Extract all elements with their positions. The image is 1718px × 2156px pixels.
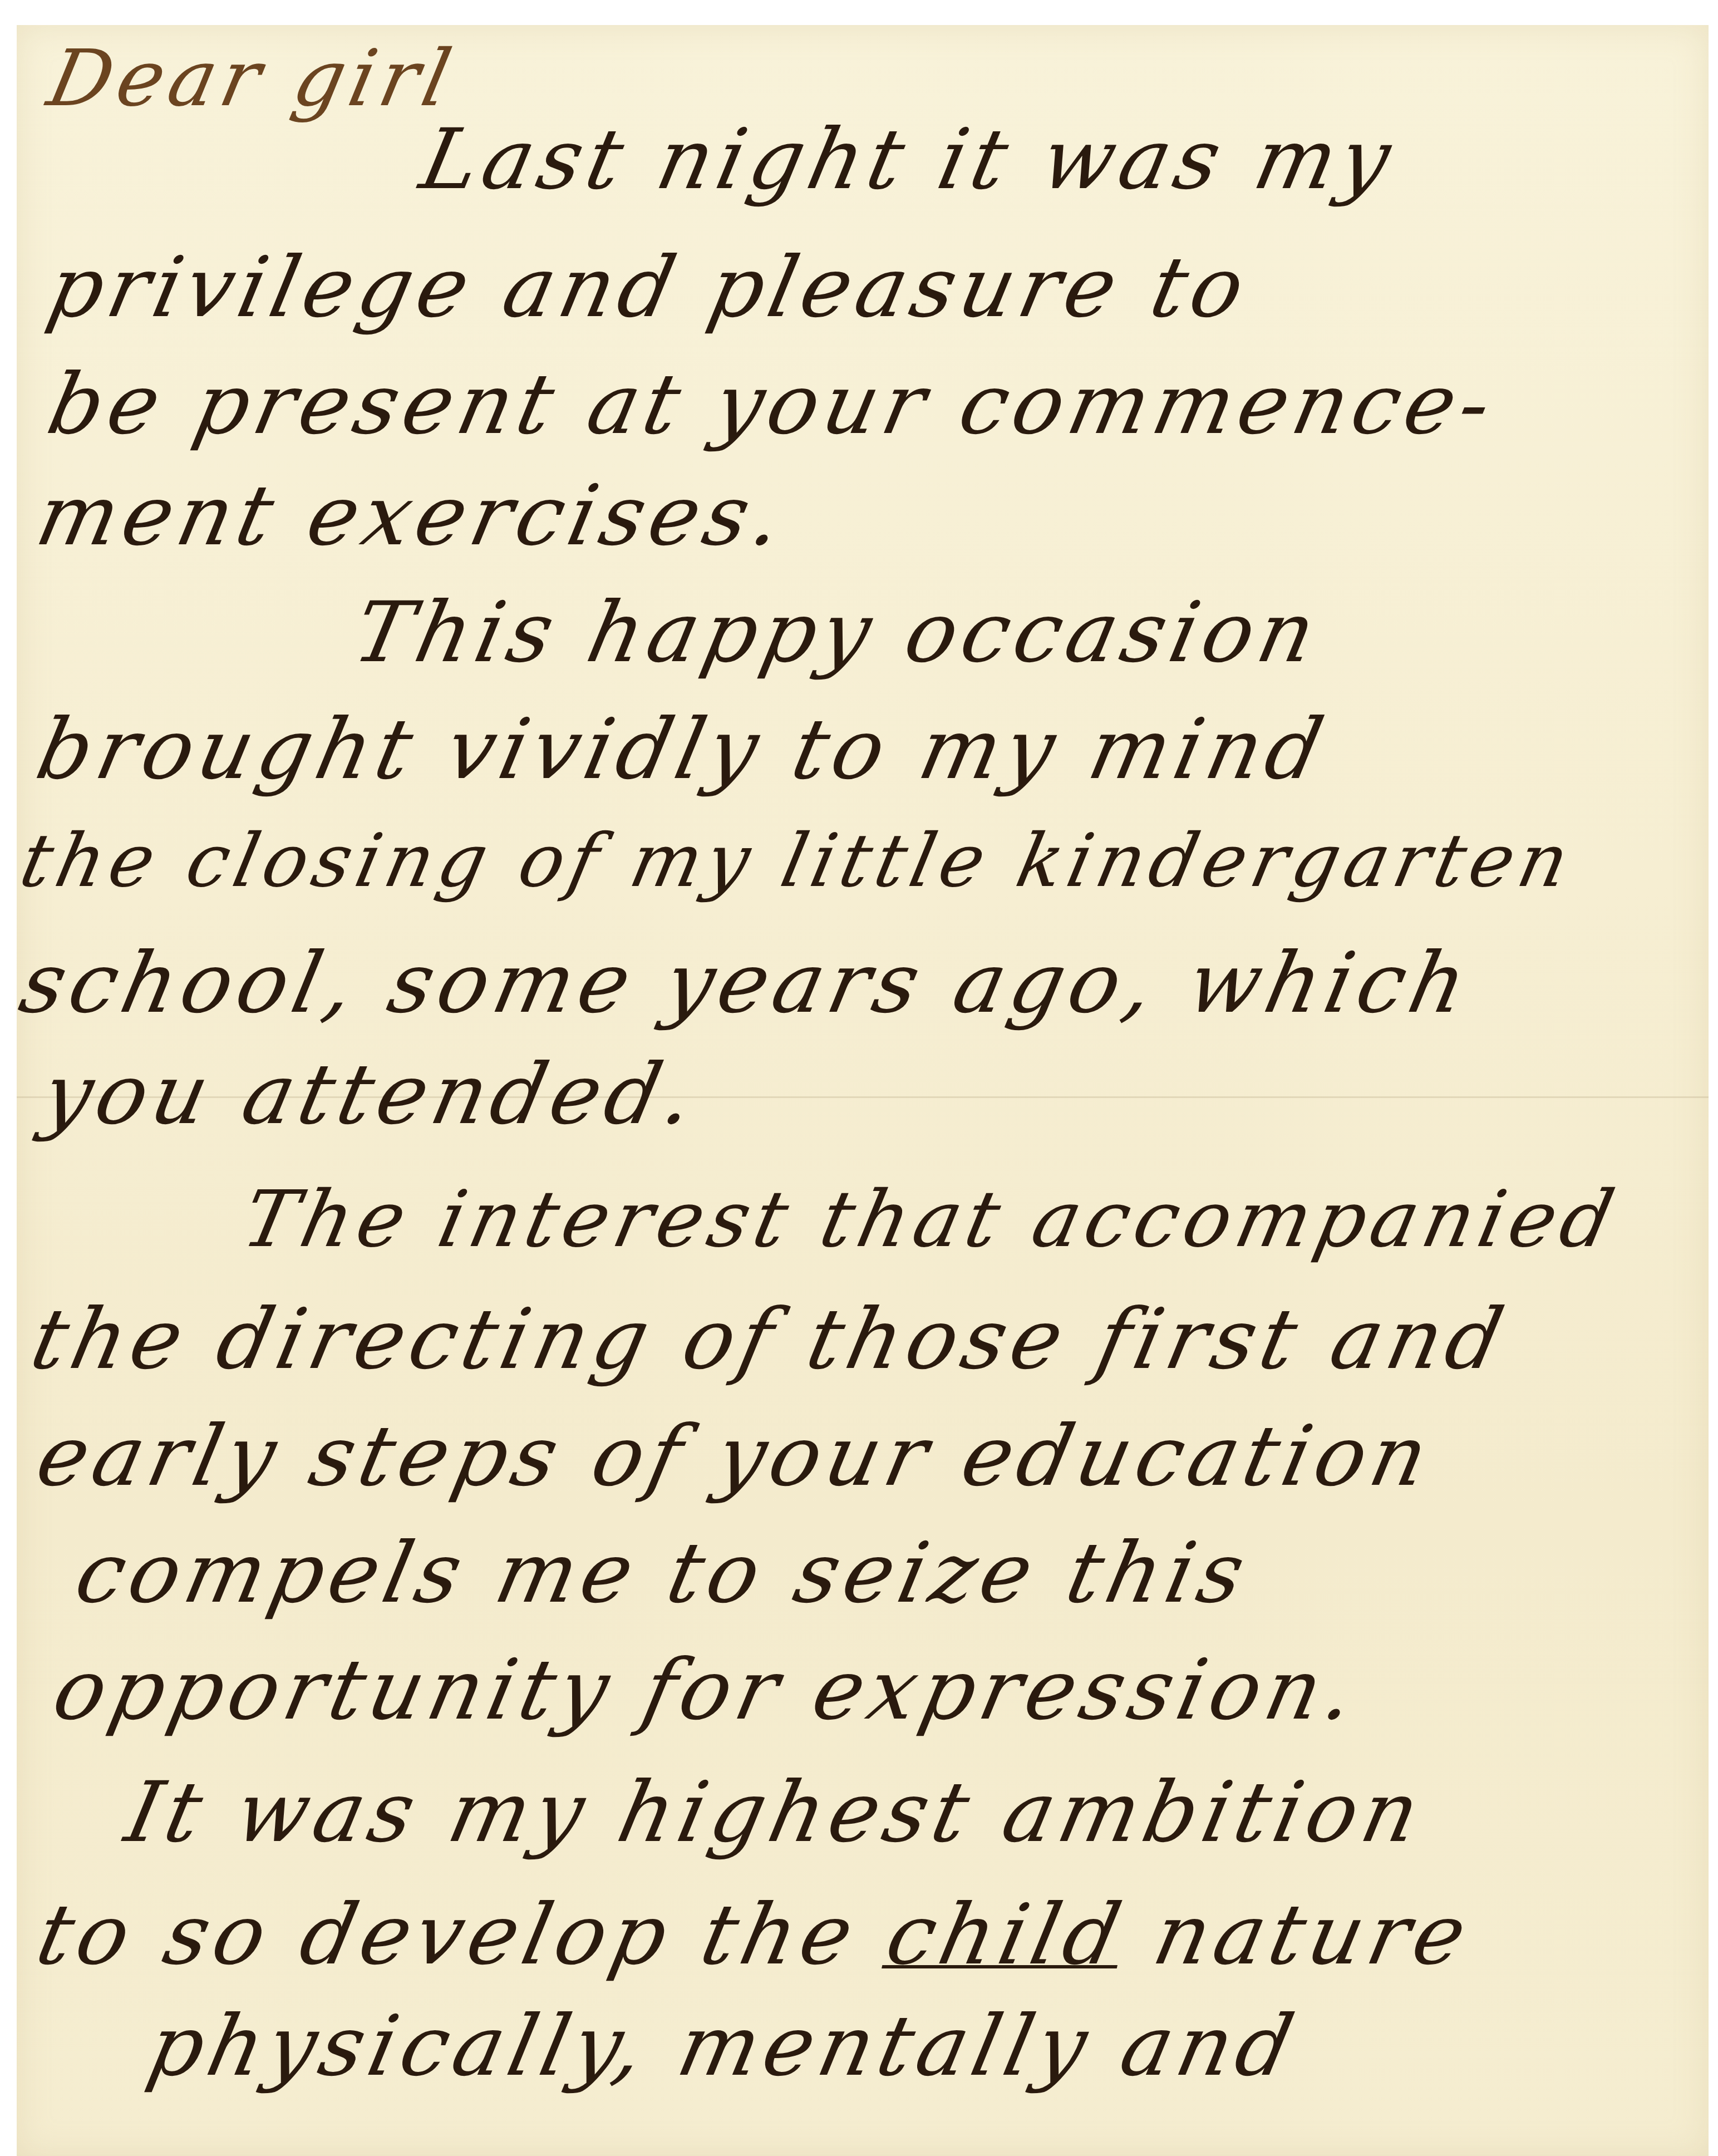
letter-line: to so develop the child nature	[29, 1887, 1480, 1983]
underlined-word: child	[878, 1887, 1134, 1983]
letter-line: Last night it was my	[413, 111, 1405, 208]
letter-line: physically, mentally and	[140, 1998, 1307, 2095]
letter-line: early steps of your education	[29, 1408, 1442, 1505]
letter-line: the directing of those first and	[23, 1291, 1517, 1388]
letter-line: compels me to seize this	[68, 1525, 1258, 1622]
line-text: to so develop the	[29, 1887, 867, 1983]
letter-line: ment exercises.	[29, 467, 796, 564]
letter-line: school, some years ago, which	[12, 935, 1481, 1032]
letter-line: brought vividly to my mind	[29, 701, 1337, 798]
letter-line: This happy occasion	[346, 584, 1329, 681]
letter-line: opportunity for expression.	[46, 1642, 1369, 1739]
salutation: Dear girl	[41, 33, 464, 124]
letter-line: privilege and pleasure to	[40, 239, 1258, 336]
letter-line: the closing of my little kindergarten	[13, 818, 1582, 904]
letter-line: be present at your commence-	[40, 356, 1505, 453]
letter-line: The interest that accompanied	[235, 1174, 1627, 1265]
letter-line: It was my highest ambition	[118, 1764, 1433, 1861]
line-text: nature	[1146, 1887, 1480, 1983]
letter-line: you attended.	[35, 1046, 708, 1143]
